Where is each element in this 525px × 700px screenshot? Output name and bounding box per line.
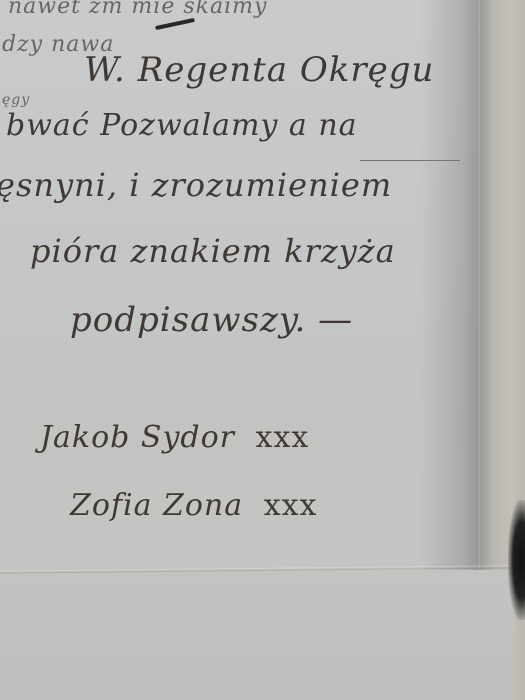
signature-name: Zofia Zona	[70, 488, 243, 523]
signature-2: Zofia Zona xxx	[70, 488, 317, 523]
ink-underline	[360, 160, 460, 161]
signature-name: Jakob Sydor	[40, 420, 235, 455]
signature-1: Jakob Sydor xxx	[40, 420, 309, 455]
cross-mark: xxx	[256, 420, 310, 455]
handwritten-line-5: ęsnyni, i zrozumieniem	[0, 166, 392, 204]
handwritten-line-6: pióra znakiem krzyża	[30, 232, 396, 270]
binding-shadow	[508, 500, 525, 620]
handwritten-line-4: bwać Pozwalamy a na	[6, 108, 358, 143]
handwritten-line-7: podpisawszy. —	[70, 300, 353, 340]
handwritten-line-3: W. Regenta Okręgu	[84, 50, 434, 90]
handwritten-line-1: nawet zm mie skaimy	[8, 0, 267, 19]
lower-sheet-fold	[0, 570, 515, 700]
margin-fragment: ęgy	[2, 92, 30, 108]
cross-mark: xxx	[264, 488, 318, 523]
